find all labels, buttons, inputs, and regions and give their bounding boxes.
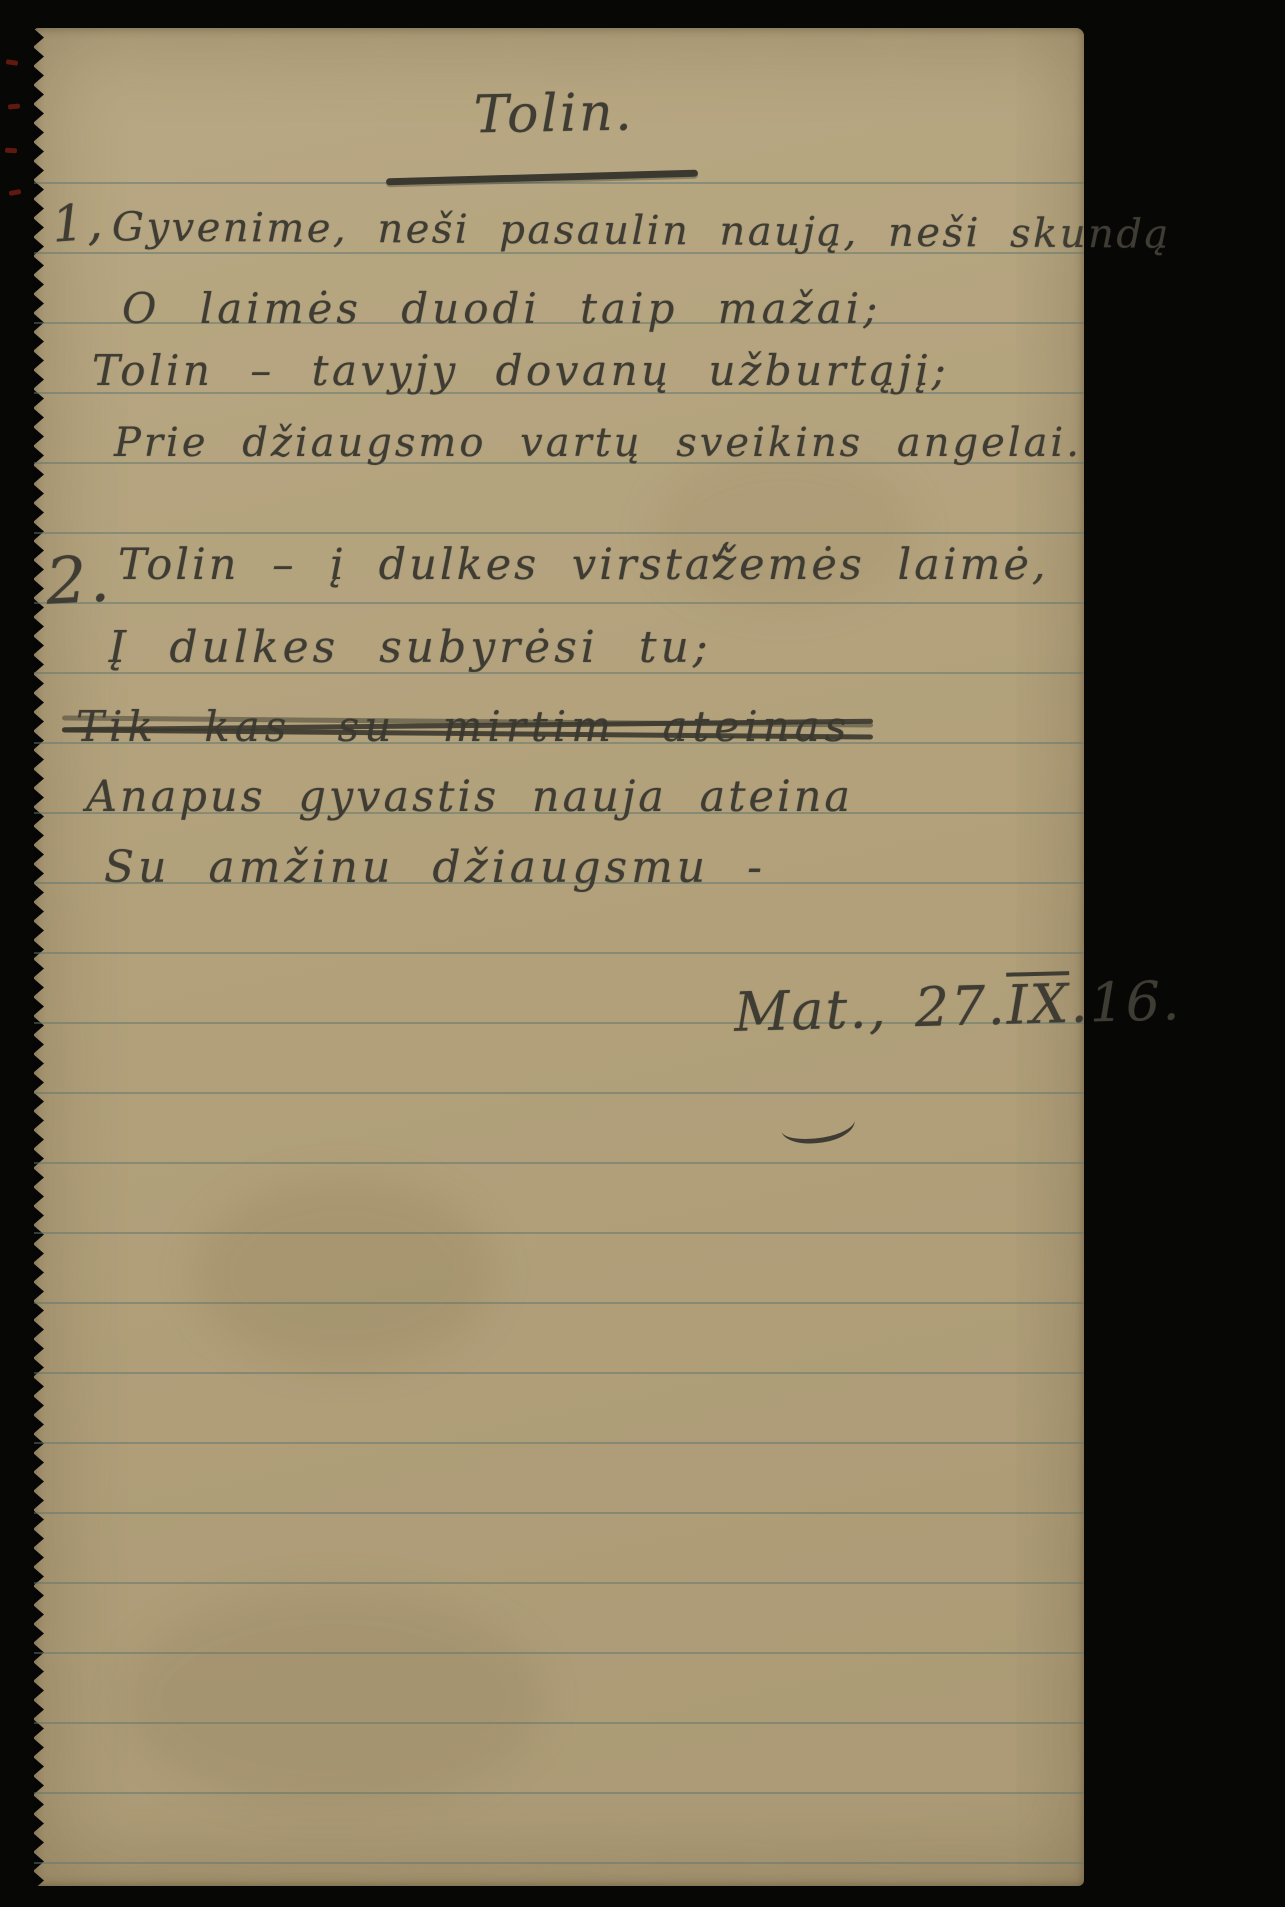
red-edge-mark (6, 59, 19, 66)
dateline: Mat., 27.IX.16. (733, 968, 1182, 1044)
stanza-1-number: 1, (50, 192, 107, 254)
stanza-2-number: 2. (44, 542, 114, 619)
stanza-2-line-5: Su amžinu džiaugsmu - (104, 842, 766, 893)
stanza-2-line-2: Į dulkes subyrėsi tu; (108, 622, 712, 673)
paper-stain (194, 1178, 494, 1368)
stanza-1-line-4: Prie džiaugsmo vartų sveikins angelai. (114, 420, 1082, 466)
stanza-2-line-1: Tolin – į dulkes virsta✓žemės laimė, (118, 540, 1049, 590)
stanza-1-line-2: O laimės duodi taip mažai; (122, 284, 881, 333)
red-edge-mark (5, 148, 17, 154)
red-edge-mark (8, 103, 20, 109)
red-edge-mark (9, 189, 22, 196)
stanza-2-line-3-struck: Tik kas su mirtim ateinas (76, 702, 851, 751)
stanza-1-line-3: Tolin – tavyjy dovanų užburtąjį; (92, 346, 949, 395)
date-prefix: Mat., 27. (733, 974, 1007, 1044)
stanza-1-line-1: Gyvenime, neši pasaulin naują, neši skun… (112, 204, 1171, 257)
paper-stain (124, 1588, 544, 1808)
perforated-edge (33, 28, 47, 1886)
line-segment: žemės laimė, (713, 540, 1048, 590)
date-suffix: .16. (1069, 969, 1182, 1035)
title-underline (386, 170, 698, 186)
checkmark-glyph: ✓ (705, 531, 741, 574)
flourish-stroke (781, 1114, 858, 1148)
poem-title: Tolin. (364, 81, 745, 148)
scan-background: Tolin. 1, Gyvenime, neši pasaulin naują,… (0, 0, 1285, 1907)
notebook-page: Tolin. 1, Gyvenime, neši pasaulin naują,… (34, 28, 1084, 1886)
date-month-roman: IX (1006, 971, 1071, 1033)
struck-text: Tik kas su mirtim ateinas (76, 702, 851, 751)
stanza-2-line-4: Anapus gyvastis nauja ateina (86, 772, 853, 822)
line-segment: Tolin – į dulkes virsta (118, 540, 713, 590)
